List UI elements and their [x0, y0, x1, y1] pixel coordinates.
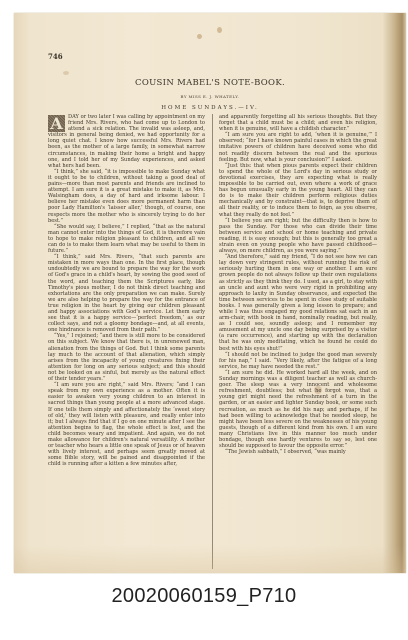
- article-byline: BY MISS E. J. WHATELY.: [14, 94, 406, 99]
- paragraph: “I think,” said Mrs. Rivers, “that such …: [48, 254, 205, 333]
- paragraph: “And therefore,” said my friend, “I do n…: [219, 254, 377, 352]
- page-number: 746: [48, 52, 63, 61]
- paragraph: “I am sure you are right,” said Mrs. Riv…: [48, 382, 205, 467]
- scanned-page: 746 COUSIN MABEL'S NOTE-BOOK. BY MISS E.…: [14, 13, 406, 573]
- right-column: and apparently forgetting all his seriou…: [219, 114, 377, 455]
- paragraph: “Yes,” I rejoined; “and there is still m…: [48, 333, 205, 382]
- paragraph: “I am sure you are right to add, ‘when i…: [219, 132, 377, 162]
- section-heading: HOME SUNDAYS.—IV.: [14, 105, 406, 111]
- left-column: ADAY or two later I was calling by appoi…: [48, 114, 205, 467]
- stain-mark: [63, 71, 69, 75]
- stain-mark: [217, 27, 222, 33]
- paragraph: “I am sure he did. He worked hard all th…: [219, 370, 377, 449]
- paragraph: “She would say, I believe,” I replied, “…: [48, 224, 205, 254]
- paragraph: “I think,” she said, “it is impossible t…: [48, 169, 205, 224]
- paragraph: “The Jewish sabbath,” I observed, “was m…: [219, 449, 377, 455]
- drop-cap: A: [48, 115, 65, 132]
- paragraph: “Just this: that when pious parents expe…: [219, 163, 377, 218]
- article-title: COUSIN MABEL'S NOTE-BOOK.: [14, 78, 406, 88]
- paragraph: and apparently forgetting all his seriou…: [219, 114, 377, 132]
- column-divider: [212, 114, 213, 569]
- paragraph: ADAY or two later I was calling by appoi…: [48, 114, 205, 169]
- paragraph: “I should not be inclined to judge the g…: [219, 352, 377, 370]
- image-caption: 20020060159_P710: [0, 585, 408, 608]
- paragraph: “I believe you are right; but the diffic…: [219, 218, 377, 255]
- stain-mark: [197, 34, 202, 39]
